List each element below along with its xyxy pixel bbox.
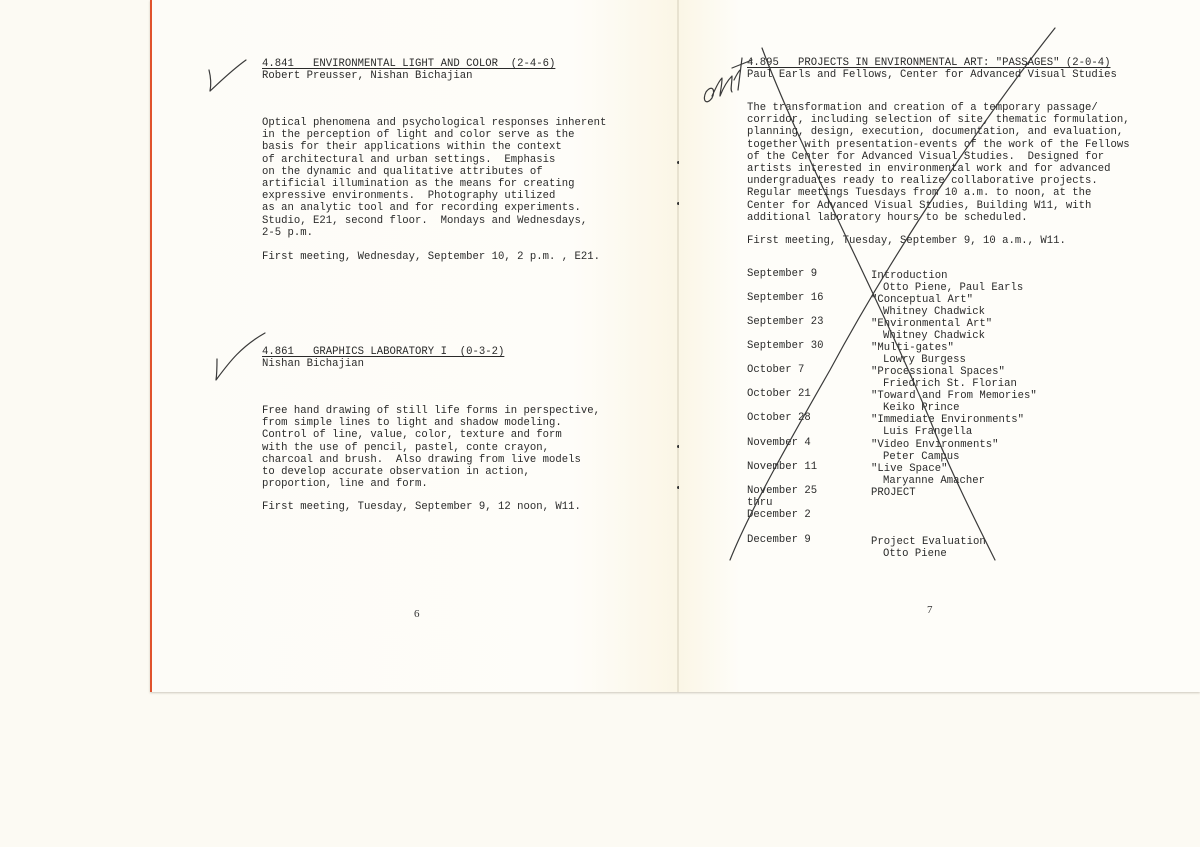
schedule-topic: PROJECT: [871, 487, 916, 499]
schedule-topic: "Environmental Art": [871, 318, 992, 330]
course-description-4861: Free hand drawing of still life forms in…: [262, 405, 600, 490]
schedule-date: November 25 thru December 2: [747, 485, 817, 522]
schedule-topic: "Live Space": [871, 463, 948, 475]
schedule-date: November 11: [747, 461, 817, 473]
schedule-speaker: Whitney Chadwick: [883, 330, 985, 342]
schedule-speaker: Maryanne Amacher: [883, 475, 985, 487]
schedule-topic: "Immediate Environments": [871, 414, 1024, 426]
page-number-right: 7: [927, 604, 933, 616]
schedule-date: September 9: [747, 268, 817, 280]
schedule-date: September 30: [747, 340, 824, 352]
schedule-speaker: Whitney Chadwick: [883, 306, 985, 318]
course-first-meeting-4895: First meeting, Tuesday, September 9, 10 …: [747, 235, 1066, 247]
schedule-speaker: Keiko Prince: [883, 402, 960, 414]
schedule-date: October 7: [747, 364, 804, 376]
schedule-date: September 23: [747, 316, 824, 328]
page-right: 4.895 PROJECTS IN ENVIRONMENTAL ART: "PA…: [679, 0, 1200, 692]
page-left: 4.841 ENVIRONMENTAL LIGHT AND COLOR (2-4…: [152, 0, 677, 692]
schedule-topic: "Conceptual Art": [871, 294, 973, 306]
course-title-4861: 4.861 GRAPHICS LABORATORY I (0-3-2): [262, 346, 504, 358]
course-title-4895: 4.895 PROJECTS IN ENVIRONMENTAL ART: "PA…: [747, 57, 1111, 69]
schedule-topic: "Processional Spaces": [871, 366, 1005, 378]
schedule-topic: "Video Environments": [871, 439, 999, 451]
schedule-speaker: Lowry Burgess: [883, 354, 966, 366]
schedule-date: October 21: [747, 388, 811, 400]
booklet-spread: 4.841 ENVIRONMENTAL LIGHT AND COLOR (2-4…: [150, 0, 1200, 692]
course-description-4895: The transformation and creation of a tem…: [747, 102, 1130, 224]
schedule-topic: "Toward and From Memories": [871, 390, 1037, 402]
schedule-speaker: Friedrich St. Florian: [883, 378, 1017, 390]
schedule-date: December 9: [747, 534, 811, 546]
schedule-date: October 28: [747, 412, 811, 424]
course-instructors-4895: Paul Earls and Fellows, Center for Advan…: [747, 69, 1117, 81]
schedule-topic: "Multi-gates": [871, 342, 954, 354]
schedule-speaker: Otto Piene, Paul Earls: [883, 282, 1023, 294]
schedule-speaker: Otto Piene: [883, 548, 947, 560]
course-first-meeting-4841: First meeting, Wednesday, September 10, …: [262, 251, 600, 263]
schedule-speaker: Luis Frangella: [883, 426, 972, 438]
course-instructors-4841: Robert Preusser, Nishan Bichajian: [262, 70, 472, 82]
course-first-meeting-4861: First meeting, Tuesday, September 9, 12 …: [262, 501, 581, 513]
schedule-date: November 4: [747, 437, 811, 449]
course-description-4841: Optical phenomena and psychological resp…: [262, 117, 606, 239]
schedule-topic: Project Evaluation: [871, 536, 986, 548]
schedule-topic: Introduction: [871, 270, 948, 282]
schedule-speaker: Peter Campus: [883, 451, 960, 463]
course-instructors-4861: Nishan Bichajian: [262, 358, 364, 370]
schedule-date: September 16: [747, 292, 824, 304]
course-title-4841: 4.841 ENVIRONMENTAL LIGHT AND COLOR (2-4…: [262, 58, 555, 70]
page-number-left: 6: [414, 608, 420, 620]
